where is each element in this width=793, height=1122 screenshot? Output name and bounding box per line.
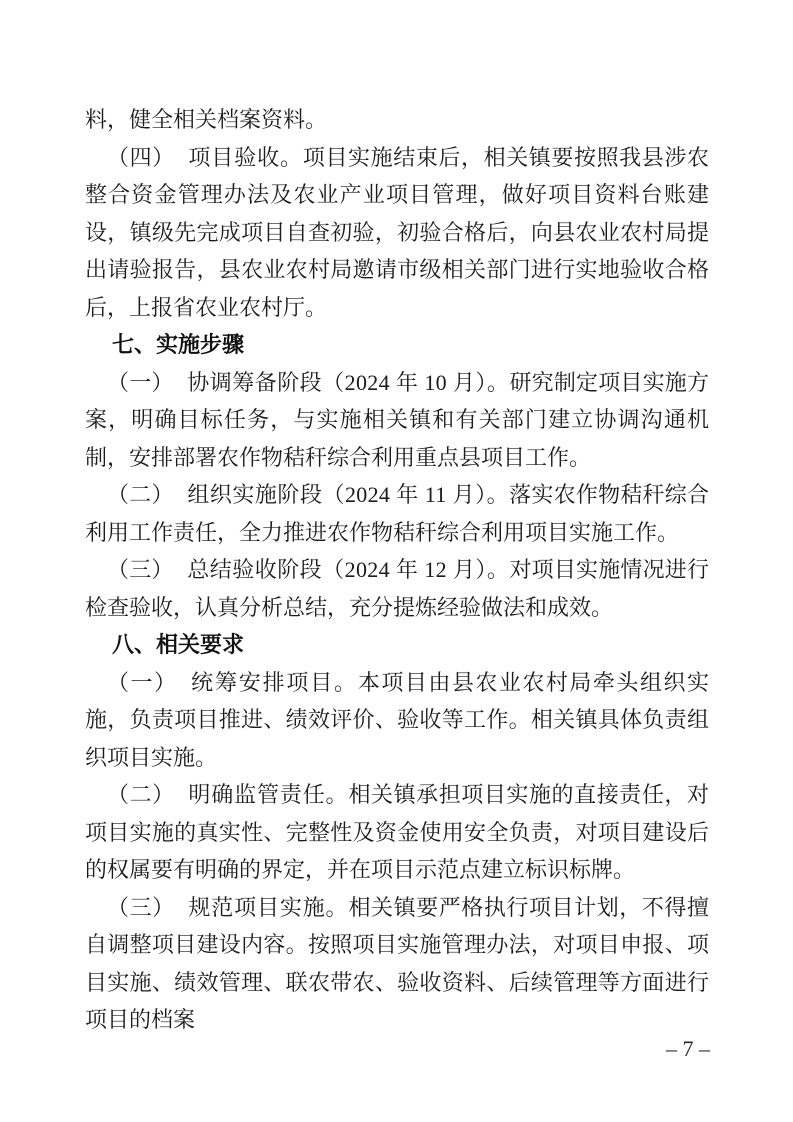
list-number: （三）	[107, 895, 175, 920]
list-number: （三）	[107, 557, 174, 582]
section-heading-7: 七、实施步骤	[85, 326, 709, 364]
paragraph-text: 项目实施结束后，相关镇要按照我县涉农整合资金管理办法及农业产业项目管理，做好项目…	[85, 145, 709, 320]
paragraph-lead: 协调筹备阶段（2024 年 10 月）。	[187, 370, 509, 395]
document-page: 料，健全相关档案资料。 （四）项目验收。项目实施结束后，相关镇要按照我县涉农整合…	[0, 0, 793, 1122]
list-number: （四）	[107, 145, 175, 170]
body-paragraph: （三）规范项目实施。相关镇要严格执行项目计划，不得擅自调整项目建设内容。按照项目…	[85, 889, 709, 1039]
paragraph-text: 本项目由县农业农村局牵头组织实施，负责项目推进、绩效评价、验收等工作。相关镇具体…	[85, 670, 709, 770]
paragraph-text: 相关镇承担项目实施的直接责任，对项目实施的真实性、完整性及资金使用安全负责，对项…	[85, 782, 709, 882]
paragraph-lead: 总结验收阶段（2024 年 12 月）。	[187, 557, 509, 582]
page-number: – 7 –	[666, 1037, 710, 1061]
body-paragraph-continuation: 料，健全相关档案资料。	[85, 101, 709, 139]
body-paragraph: （四）项目验收。项目实施结束后，相关镇要按照我县涉农整合资金管理办法及农业产业项…	[85, 139, 709, 327]
paragraph-lead: 组织实施阶段（2024 年 11 月）。	[187, 482, 509, 507]
paragraph-lead: 规范项目实施。	[188, 895, 348, 920]
list-number: （二）	[107, 482, 174, 507]
body-paragraph: （一）协调筹备阶段（2024 年 10 月）。研究制定项目实施方案，明确目标任务…	[85, 364, 709, 477]
paragraph-lead: 统筹安排项目。	[191, 670, 358, 695]
body-paragraph: （一）统筹安排项目。本项目由县农业农村局牵头组织实施，负责项目推进、绩效评价、验…	[85, 664, 709, 777]
body-paragraph: （二）明确监管责任。相关镇承担项目实施的直接责任，对项目实施的真实性、完整性及资…	[85, 776, 709, 889]
section-heading-8: 八、相关要求	[85, 626, 709, 664]
paragraph-lead: 项目验收。	[188, 145, 302, 170]
paragraph-text: 相关镇要严格执行项目计划，不得擅自调整项目建设内容。按照项目实施管理办法，对项目…	[85, 895, 709, 1033]
list-number: （二）	[107, 782, 175, 807]
paragraph-lead: 明确监管责任。	[188, 782, 348, 807]
body-paragraph: （二）组织实施阶段（2024 年 11 月）。落实农作物秸秆综合利用工作责任，全…	[85, 476, 709, 551]
body-paragraph: （三）总结验收阶段（2024 年 12 月）。对项目实施情况进行检查验收，认真分…	[85, 551, 709, 626]
document-body: 料，健全相关档案资料。 （四）项目验收。项目实施结束后，相关镇要按照我县涉农整合…	[85, 101, 709, 1039]
list-number: （一）	[107, 370, 174, 395]
list-number: （一）	[107, 670, 178, 695]
